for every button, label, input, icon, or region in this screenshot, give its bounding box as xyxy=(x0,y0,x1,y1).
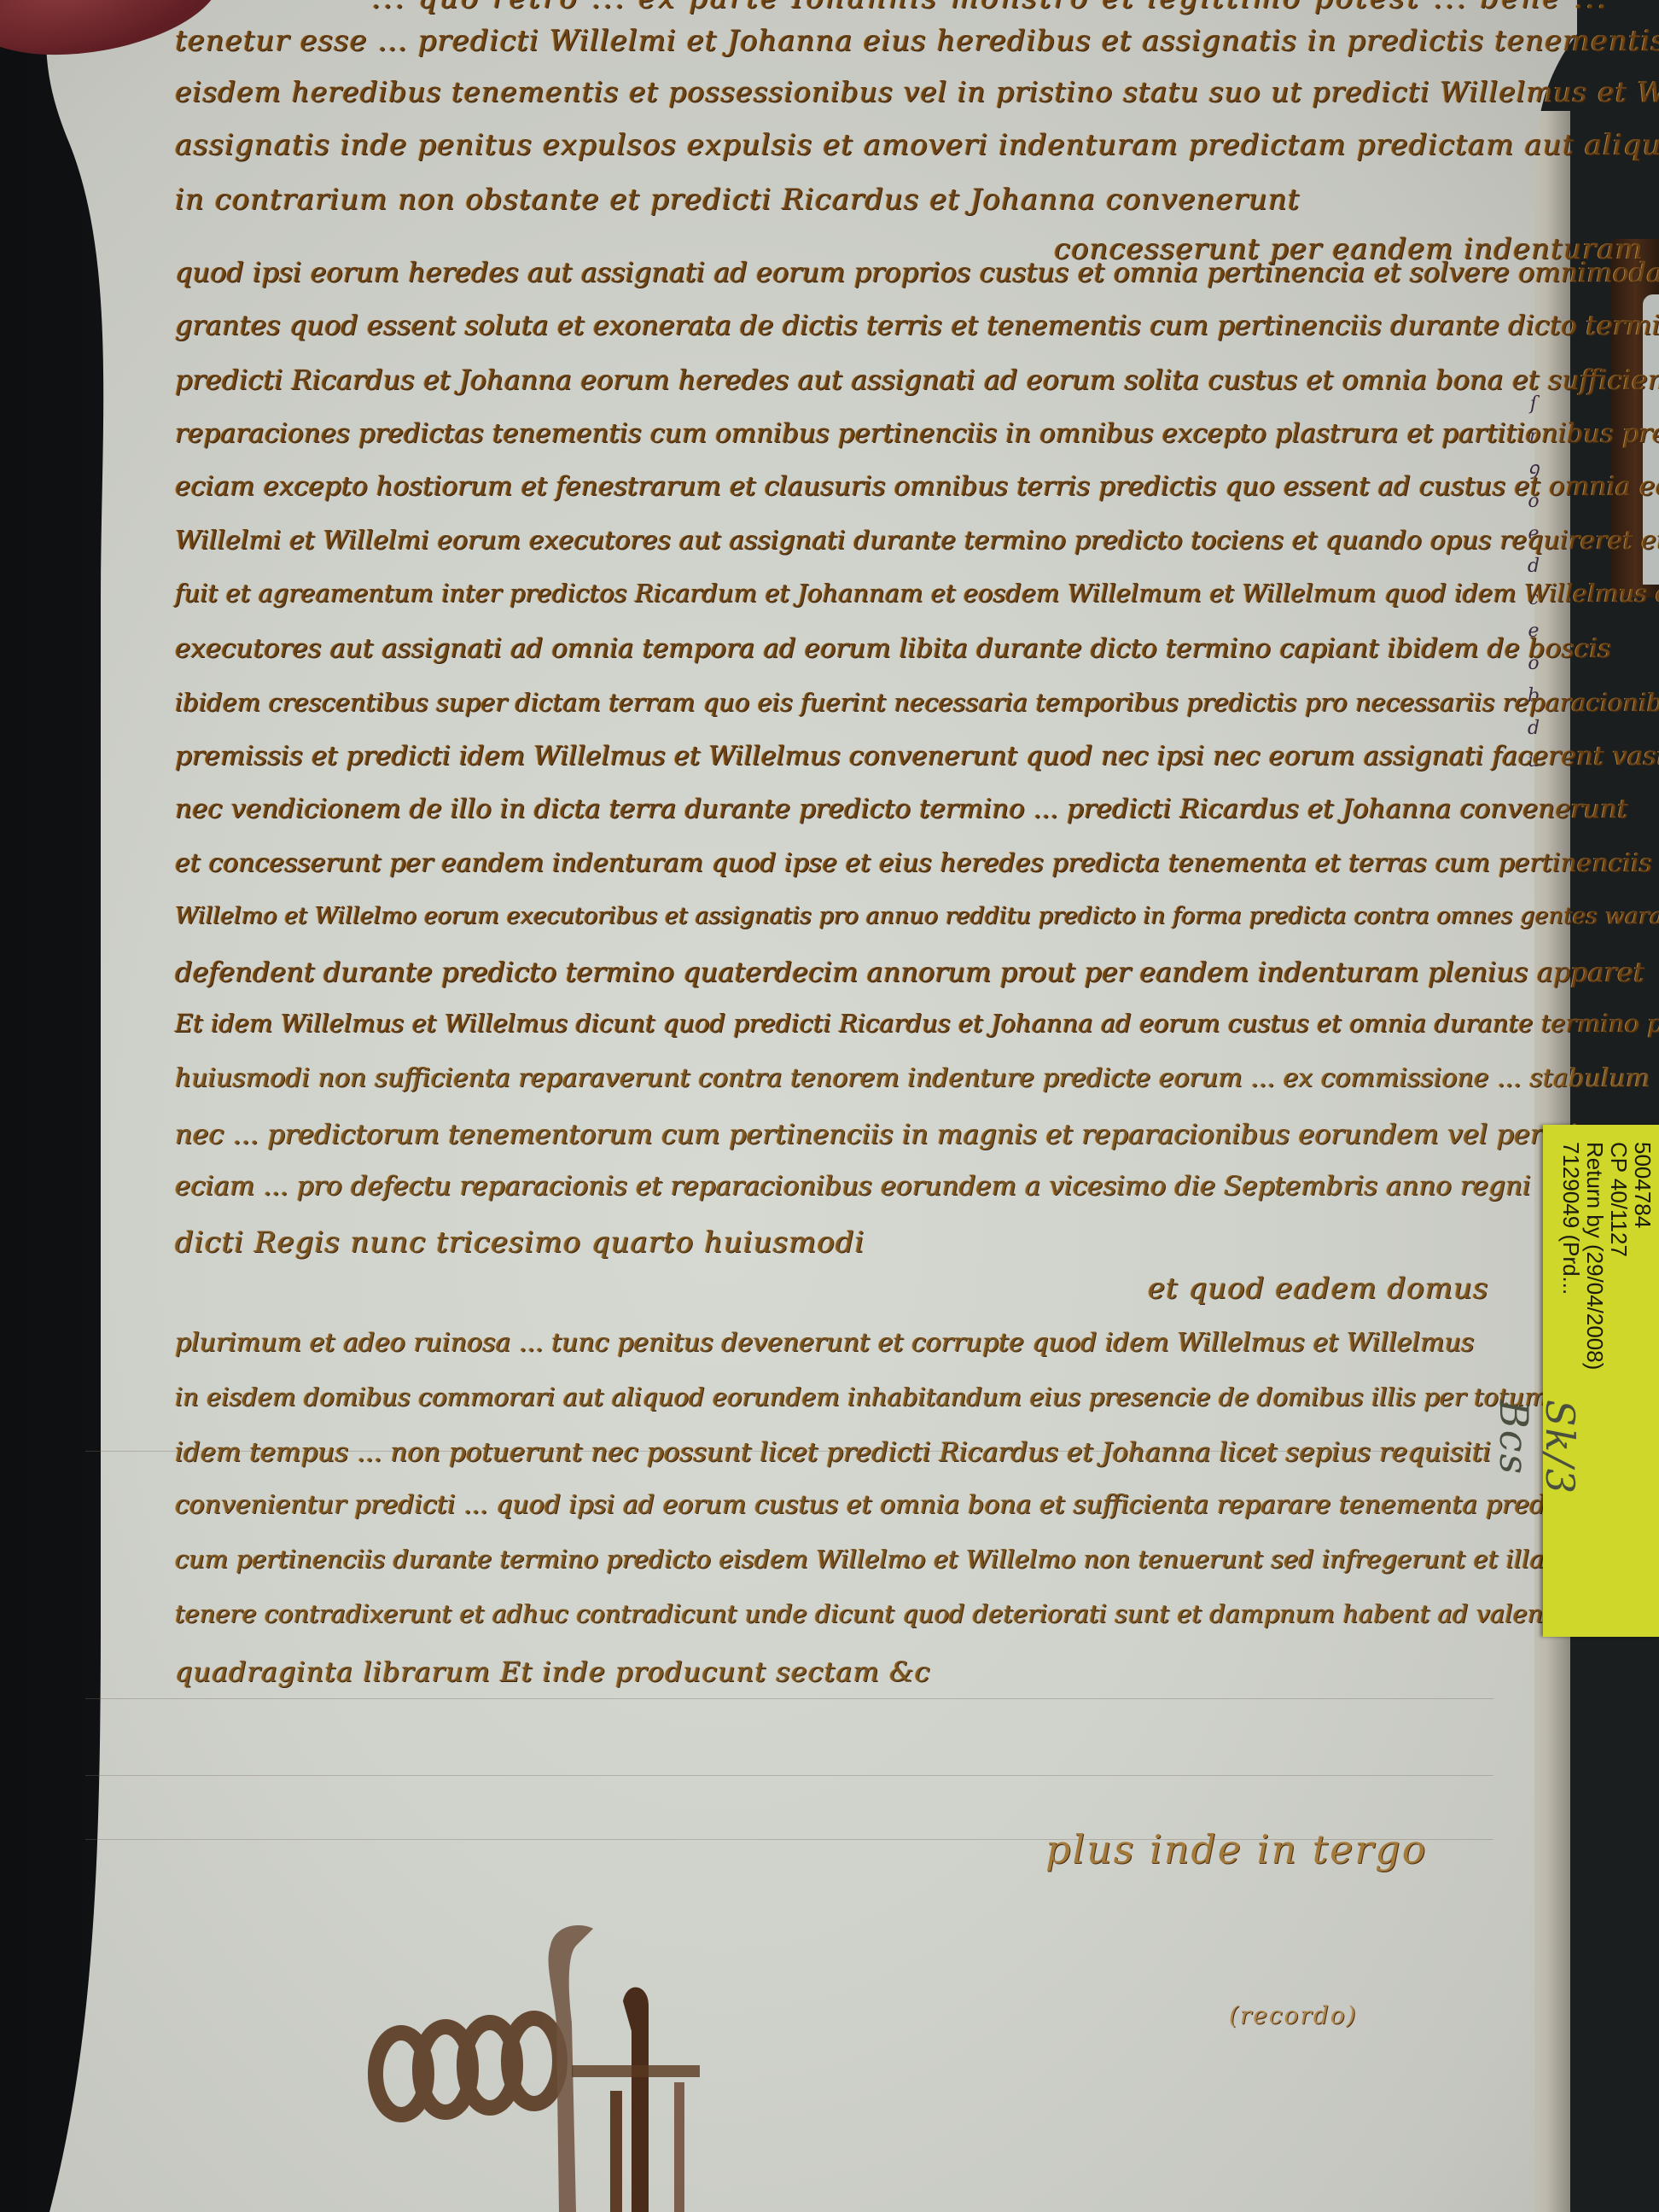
faint-note: (recordo) xyxy=(1229,2001,1358,2029)
manuscript-line: cum pertinenciis durante termino predict… xyxy=(175,1545,1611,1574)
manuscript-line: tenetur esse ... predicti Willelmi et Jo… xyxy=(175,24,1659,58)
tag-reference: CP 40/1127 xyxy=(1605,1142,1632,1257)
manuscript-line: in eisdem domibus commorari aut aliquod … xyxy=(175,1382,1548,1412)
manuscript-line: Willelmo et Willelmo eorum executoribus … xyxy=(175,903,1659,929)
manuscript-line: quod ipsi eorum heredes aut assignati ad… xyxy=(175,256,1659,288)
manuscript-line: dicti Regis nunc tricesimo quarto huiusm… xyxy=(175,1225,864,1260)
tag-reader-ticket: 7129049 (Prd... xyxy=(1557,1142,1584,1295)
manuscript-line: Willelmi et Willelmi eorum executores au… xyxy=(175,526,1659,556)
manuscript-line: reparaciones predictas tenementis cum om… xyxy=(175,418,1659,449)
manuscript-line: eciam excepto hostiorum et fenestrarum e… xyxy=(175,471,1659,502)
manuscript-line: grantes quod essent soluta et exonerata … xyxy=(175,309,1659,341)
manuscript-line: defendent durante predicto termino quate… xyxy=(175,956,1644,988)
archive-tag: 5004784 CP 40/1127 Return by (29/04/2008… xyxy=(1543,1125,1659,1637)
manuscript-line: eisdem heredibus tenementis et possessio… xyxy=(175,75,1659,108)
tag-handwritten-note: Sk/3 Bcs xyxy=(1491,1400,1583,1495)
manuscript-line: assignatis inde penitus expulsos expulsi… xyxy=(175,128,1659,162)
manuscript-line: ... quo retro ... ex parte Iohannis mons… xyxy=(371,0,1609,15)
closing-note: plus inde in tergo xyxy=(1045,1826,1427,1872)
manuscript-line: huiusmodi non sufficienta reparaverunt c… xyxy=(175,1063,1650,1093)
manuscript-line: predicti Ricardus et Johanna eorum hered… xyxy=(175,364,1659,396)
manuscript-line: premissis et predicti idem Willelmus et … xyxy=(175,741,1659,771)
manuscript-line: Et idem Willelmus et Willelmus dicunt qu… xyxy=(175,1009,1659,1038)
manuscript-line: et quod eadem domus xyxy=(1148,1272,1488,1306)
manuscript-line: nec vendicionem de illo in dicta terra d… xyxy=(175,794,1628,824)
manuscript-line: nec ... predictorum tenementorum cum per… xyxy=(175,1118,1659,1150)
manuscript-line: et concesserunt per eandem indenturam qu… xyxy=(175,848,1659,878)
manuscript-line: idem tempus ... non potuerunt nec possun… xyxy=(175,1437,1491,1468)
manuscript-line: tenere contradixerunt et adhuc contradic… xyxy=(175,1599,1604,1628)
manuscript-line: fuit et agreamentum inter predictos Rica… xyxy=(175,579,1659,608)
manuscript-line: convenientur predicti ... quod ipsi ad e… xyxy=(175,1490,1594,1520)
manuscript-line: in contrarium non obstante et predicti R… xyxy=(175,183,1300,217)
parchment-crease xyxy=(85,1775,1493,1776)
manuscript-line: eciam ... pro defectu reparacionis et re… xyxy=(175,1171,1531,1202)
manuscript-line: ibidem crescentibus super dictam terram … xyxy=(175,688,1659,717)
tag-document-number: 5004784 xyxy=(1629,1142,1656,1228)
manuscript-line: quadraginta librarum Et inde producunt s… xyxy=(175,1656,931,1688)
tag-return-by: Return by (29/04/2008) xyxy=(1581,1142,1608,1370)
notarial-signature-mark xyxy=(367,1920,725,2212)
manuscript-line: plurimum et adeo ruinosa ... tunc penitu… xyxy=(175,1328,1474,1358)
parchment-crease xyxy=(85,1698,1493,1699)
manuscript-line: executores aut assignati ad omnia tempor… xyxy=(175,633,1611,664)
